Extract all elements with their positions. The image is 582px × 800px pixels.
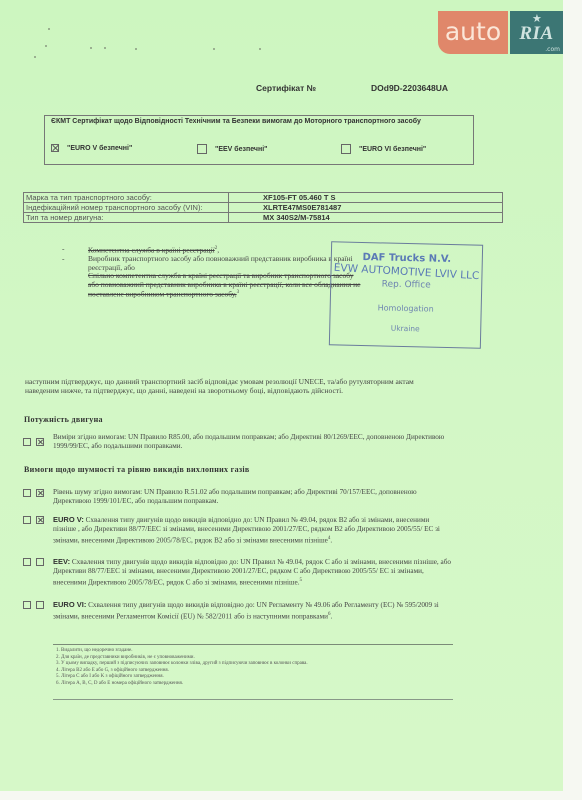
noise-checkbox-1[interactable] bbox=[23, 489, 31, 497]
vehicle-make-label: Марка та тип транспортного засобу: bbox=[24, 193, 229, 203]
option-euro-vi: "EURO VI безпечні" bbox=[341, 144, 426, 154]
stamp-line: Ukraine bbox=[330, 322, 480, 334]
option-label: "EEV безпечні" bbox=[215, 146, 267, 153]
table-row: Індефікаційний номер транспортного засоб… bbox=[24, 203, 503, 213]
noise-checkbox-2[interactable] bbox=[36, 489, 44, 497]
euro-v-checkbox-1[interactable] bbox=[23, 516, 31, 524]
footnote: 6. Літера A, B, C, D або E номера офіцій… bbox=[56, 681, 308, 688]
euro-vi-checkbox-2[interactable] bbox=[36, 601, 44, 609]
engine-label: Тип та номер двигуна: bbox=[24, 213, 229, 223]
authority-item: Спільно компетентна служба в країні реєс… bbox=[62, 272, 362, 299]
eev-title: EEV: bbox=[53, 557, 70, 566]
footnote: 2. Для країн, де представники виробників… bbox=[56, 655, 308, 662]
footnote: 1. Видалити, що недоречно згадане. bbox=[56, 648, 308, 655]
footnote: 4. Літера B2 або E або G, з офіційного з… bbox=[56, 668, 308, 675]
power-requirement: Виміри згідно вимогам: UN Правило R85.00… bbox=[23, 433, 453, 451]
table-row: Марка та тип транспортного засобу: XF105… bbox=[24, 193, 503, 203]
vin-label: Індефікаційний номер транспортного засоб… bbox=[24, 203, 229, 213]
sentence-end: . bbox=[330, 612, 332, 620]
euro-v-checkbox[interactable] bbox=[51, 144, 59, 152]
authority-item: - Виробник транспортного засобу або повн… bbox=[62, 255, 362, 272]
company-stamp: DAF Trucks N.V. EVW AUTOMOTIVE LVIV LLC … bbox=[329, 241, 483, 348]
euro-vi-checkbox-1[interactable] bbox=[23, 601, 31, 609]
power-checkbox-1[interactable] bbox=[23, 438, 31, 446]
option-label: "EURO VI безпечні" bbox=[359, 146, 426, 153]
power-checkbox-2[interactable] bbox=[36, 438, 44, 446]
list-dash: - bbox=[62, 255, 65, 264]
footnote: 3. У цьому випадку, перший з підписуючих… bbox=[56, 661, 308, 668]
emissions-heading: Вимоги щодо шумності та рівню викидів ви… bbox=[24, 465, 250, 474]
autoria-logo[interactable]: auto ★ RIA .com bbox=[438, 11, 563, 54]
engine-power-heading: Потужність двигуна bbox=[24, 415, 103, 424]
logo-auto-text: auto bbox=[438, 11, 508, 54]
authority-list: - Компетентна служба в країні реєстрації… bbox=[62, 245, 362, 299]
euro-v-title: EURO V: bbox=[53, 515, 84, 524]
stamp-line: Homologation bbox=[331, 302, 481, 314]
eev-requirement-text: EEV: Схвалення типу двигунів щодо викиді… bbox=[53, 557, 453, 587]
footnote-ref: 3 bbox=[237, 290, 240, 295]
footnotes: 1. Видалити, що недоречно згадане. 2. Дл… bbox=[56, 648, 308, 688]
euro-vi-checkbox[interactable] bbox=[341, 144, 351, 154]
authority-item-text: Виробник транспортного засобу або повнов… bbox=[88, 254, 353, 272]
engine-value: MX 340S2/M-75814 bbox=[229, 213, 503, 223]
ecmt-box: ЄКМТ Сертифікат щодо Відповідності Техні… bbox=[44, 115, 474, 165]
vehicle-table: Марка та тип транспортного засобу: XF105… bbox=[23, 192, 503, 223]
euro-v-requirement-text: EURO V: Схвалення типу двигунів щодо вик… bbox=[53, 515, 453, 545]
noise-requirement-text: Рівень шуму згідно вимогам: UN Правило R… bbox=[53, 488, 453, 506]
footnote: 5. Літера C або I або K з офіційного зат… bbox=[56, 674, 308, 681]
euro-v-requirement: EURO V: Схвалення типу двигунів щодо вик… bbox=[23, 515, 453, 545]
certificate-page: auto ★ RIA .com Сертифікат № DOd9D-22036… bbox=[0, 0, 563, 791]
euro-v-checkbox-2[interactable] bbox=[36, 516, 44, 524]
logo-ria-block: ★ RIA .com bbox=[510, 11, 563, 54]
authority-item-text: Спільно компетентна служба в країні реєс… bbox=[88, 271, 360, 299]
list-dash: - bbox=[62, 245, 65, 254]
footnote-ref: 5 bbox=[300, 578, 303, 583]
certificate-number: DOd9D-2203648UA bbox=[371, 83, 448, 93]
ecmt-title: ЄКМТ Сертифікат щодо Відповідності Техні… bbox=[51, 118, 461, 127]
logo-com-text: .com bbox=[545, 46, 560, 53]
eev-checkbox-2[interactable] bbox=[36, 558, 44, 566]
euro-vi-requirement: EURO VI: Схвалення типу двигунів щодо ви… bbox=[23, 600, 453, 621]
vehicle-make-value: XF105-FT 05.460 T S bbox=[229, 193, 503, 203]
footnote-ref: 2 bbox=[215, 246, 218, 251]
sentence-end: . bbox=[330, 536, 332, 544]
confirmation-text: наступним підтверджує, що данний транспо… bbox=[25, 377, 435, 395]
euro-vi-body: Схвалення типу двигунів щодо викидів від… bbox=[53, 601, 439, 620]
option-euro-v: "EURO V безпечні" bbox=[51, 144, 132, 152]
footnote-divider bbox=[53, 644, 453, 645]
power-requirement-text: Виміри згідно вимогам: UN Правило R85.00… bbox=[53, 433, 453, 451]
noise-requirement: Рівень шуму згідно вимогам: UN Правило R… bbox=[23, 488, 453, 506]
eev-checkbox[interactable] bbox=[197, 144, 207, 154]
option-eev: "EEV безпечні" bbox=[197, 144, 267, 154]
eev-checkbox-1[interactable] bbox=[23, 558, 31, 566]
euro-v-body: Схвалення типу двигунів щодо викидів від… bbox=[53, 516, 440, 544]
logo-ria-text: RIA bbox=[510, 23, 563, 45]
eev-requirement: EEV: Схвалення типу двигунів щодо викиді… bbox=[23, 557, 453, 587]
euro-vi-requirement-text: EURO VI: Схвалення типу двигунів щодо ви… bbox=[53, 600, 453, 621]
option-label: "EURO V безпечні" bbox=[67, 145, 132, 152]
euro-vi-title: EURO VI: bbox=[53, 600, 86, 609]
vin-value: XLRTE47MS0E781487 bbox=[229, 203, 503, 213]
table-row: Тип та номер двигуна: MX 340S2/M-75814 bbox=[24, 213, 503, 223]
eev-body: Схвалення типу двигунів щодо викидів від… bbox=[53, 558, 451, 586]
stamp-line: Rep. Office bbox=[331, 278, 481, 291]
certificate-label: Сертифікат № bbox=[256, 83, 316, 93]
bottom-divider bbox=[53, 699, 453, 700]
